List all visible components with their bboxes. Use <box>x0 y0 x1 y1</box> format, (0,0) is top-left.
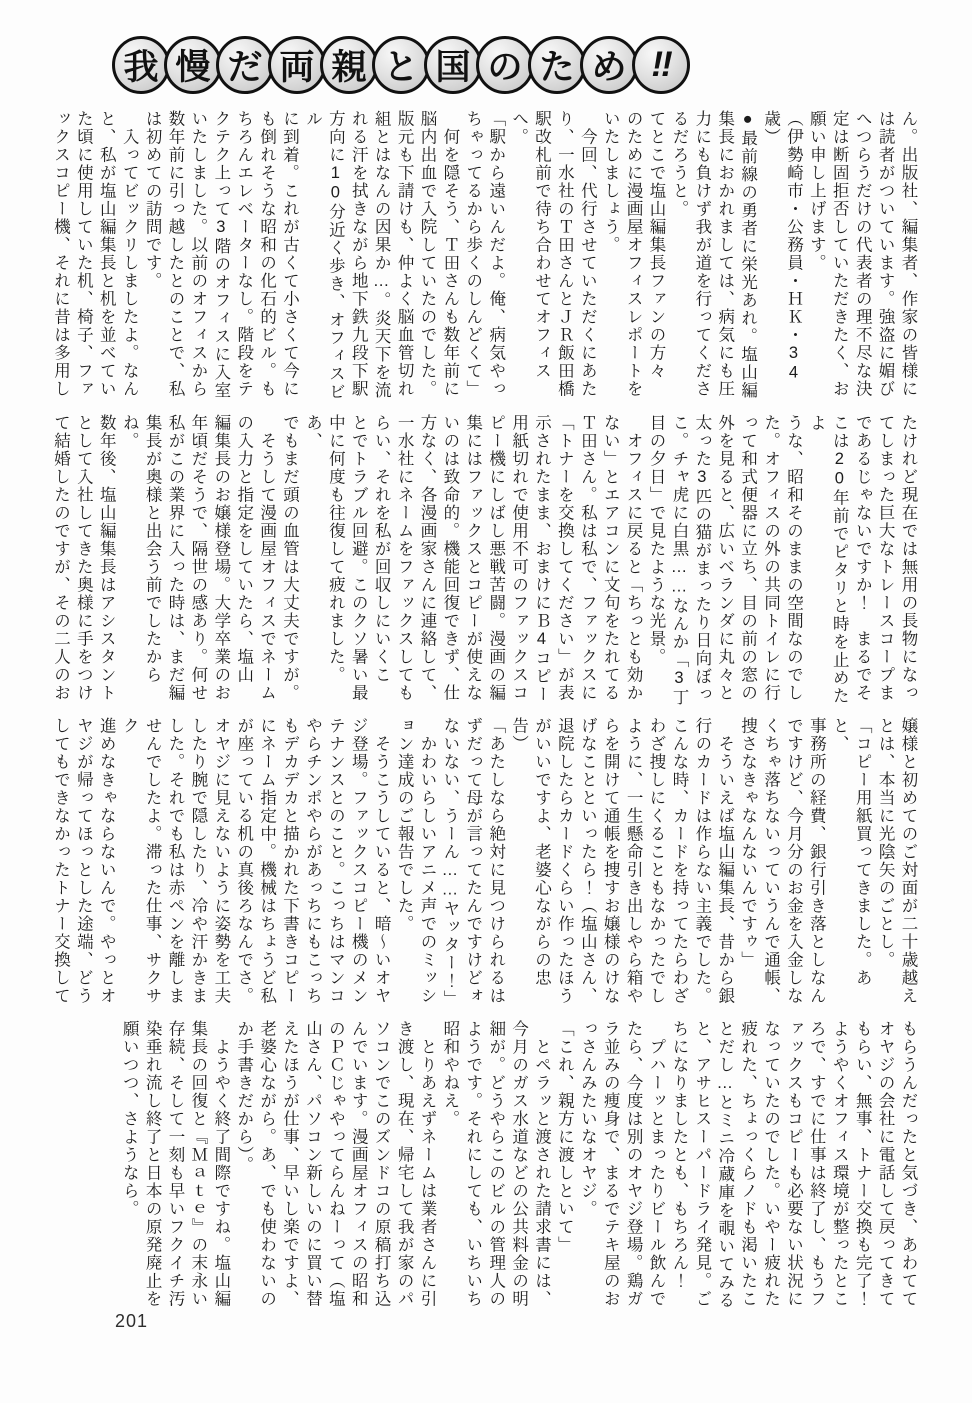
title-badge: 慢 <box>164 36 222 94</box>
title-badge: の <box>476 36 534 94</box>
article-title: 我 慢 だ 両 親 と 国 の た め !! <box>112 36 690 94</box>
title-badge: め <box>580 36 638 94</box>
title-badge: と <box>372 36 430 94</box>
document-page: 我 慢 だ 両 親 と 国 の た め !! ん。出版社、編集者、作家の皆様に … <box>0 0 972 1403</box>
title-badge: 両 <box>268 36 326 94</box>
title-badge: 国 <box>424 36 482 94</box>
title-badge: た <box>528 36 586 94</box>
text-band-1: ん。出版社、編集者、作家の皆様に は読者がついています。強盗に媚び へつらうだけ… <box>115 110 919 404</box>
text-band-2: たけれど現在では無用の長物になっ てしまった巨大なトレースコープま であるじゃな… <box>115 414 919 708</box>
title-badge-exclamation: !! <box>632 36 690 94</box>
title-badge: 我 <box>112 36 170 94</box>
text-band-4: もらうんだったと気づき、あわてて オヤジの会社に電話して戻ってきて もらい、無事… <box>115 1020 919 1314</box>
text-band-3: 嬢様と初めてのご対面が二十歳越え とは、本当に光陰矢のごとし。 「コピー用紙買っ… <box>115 717 919 1011</box>
page-number: 201 <box>115 1311 148 1332</box>
title-badge: 親 <box>320 36 378 94</box>
title-badge: だ <box>216 36 274 94</box>
